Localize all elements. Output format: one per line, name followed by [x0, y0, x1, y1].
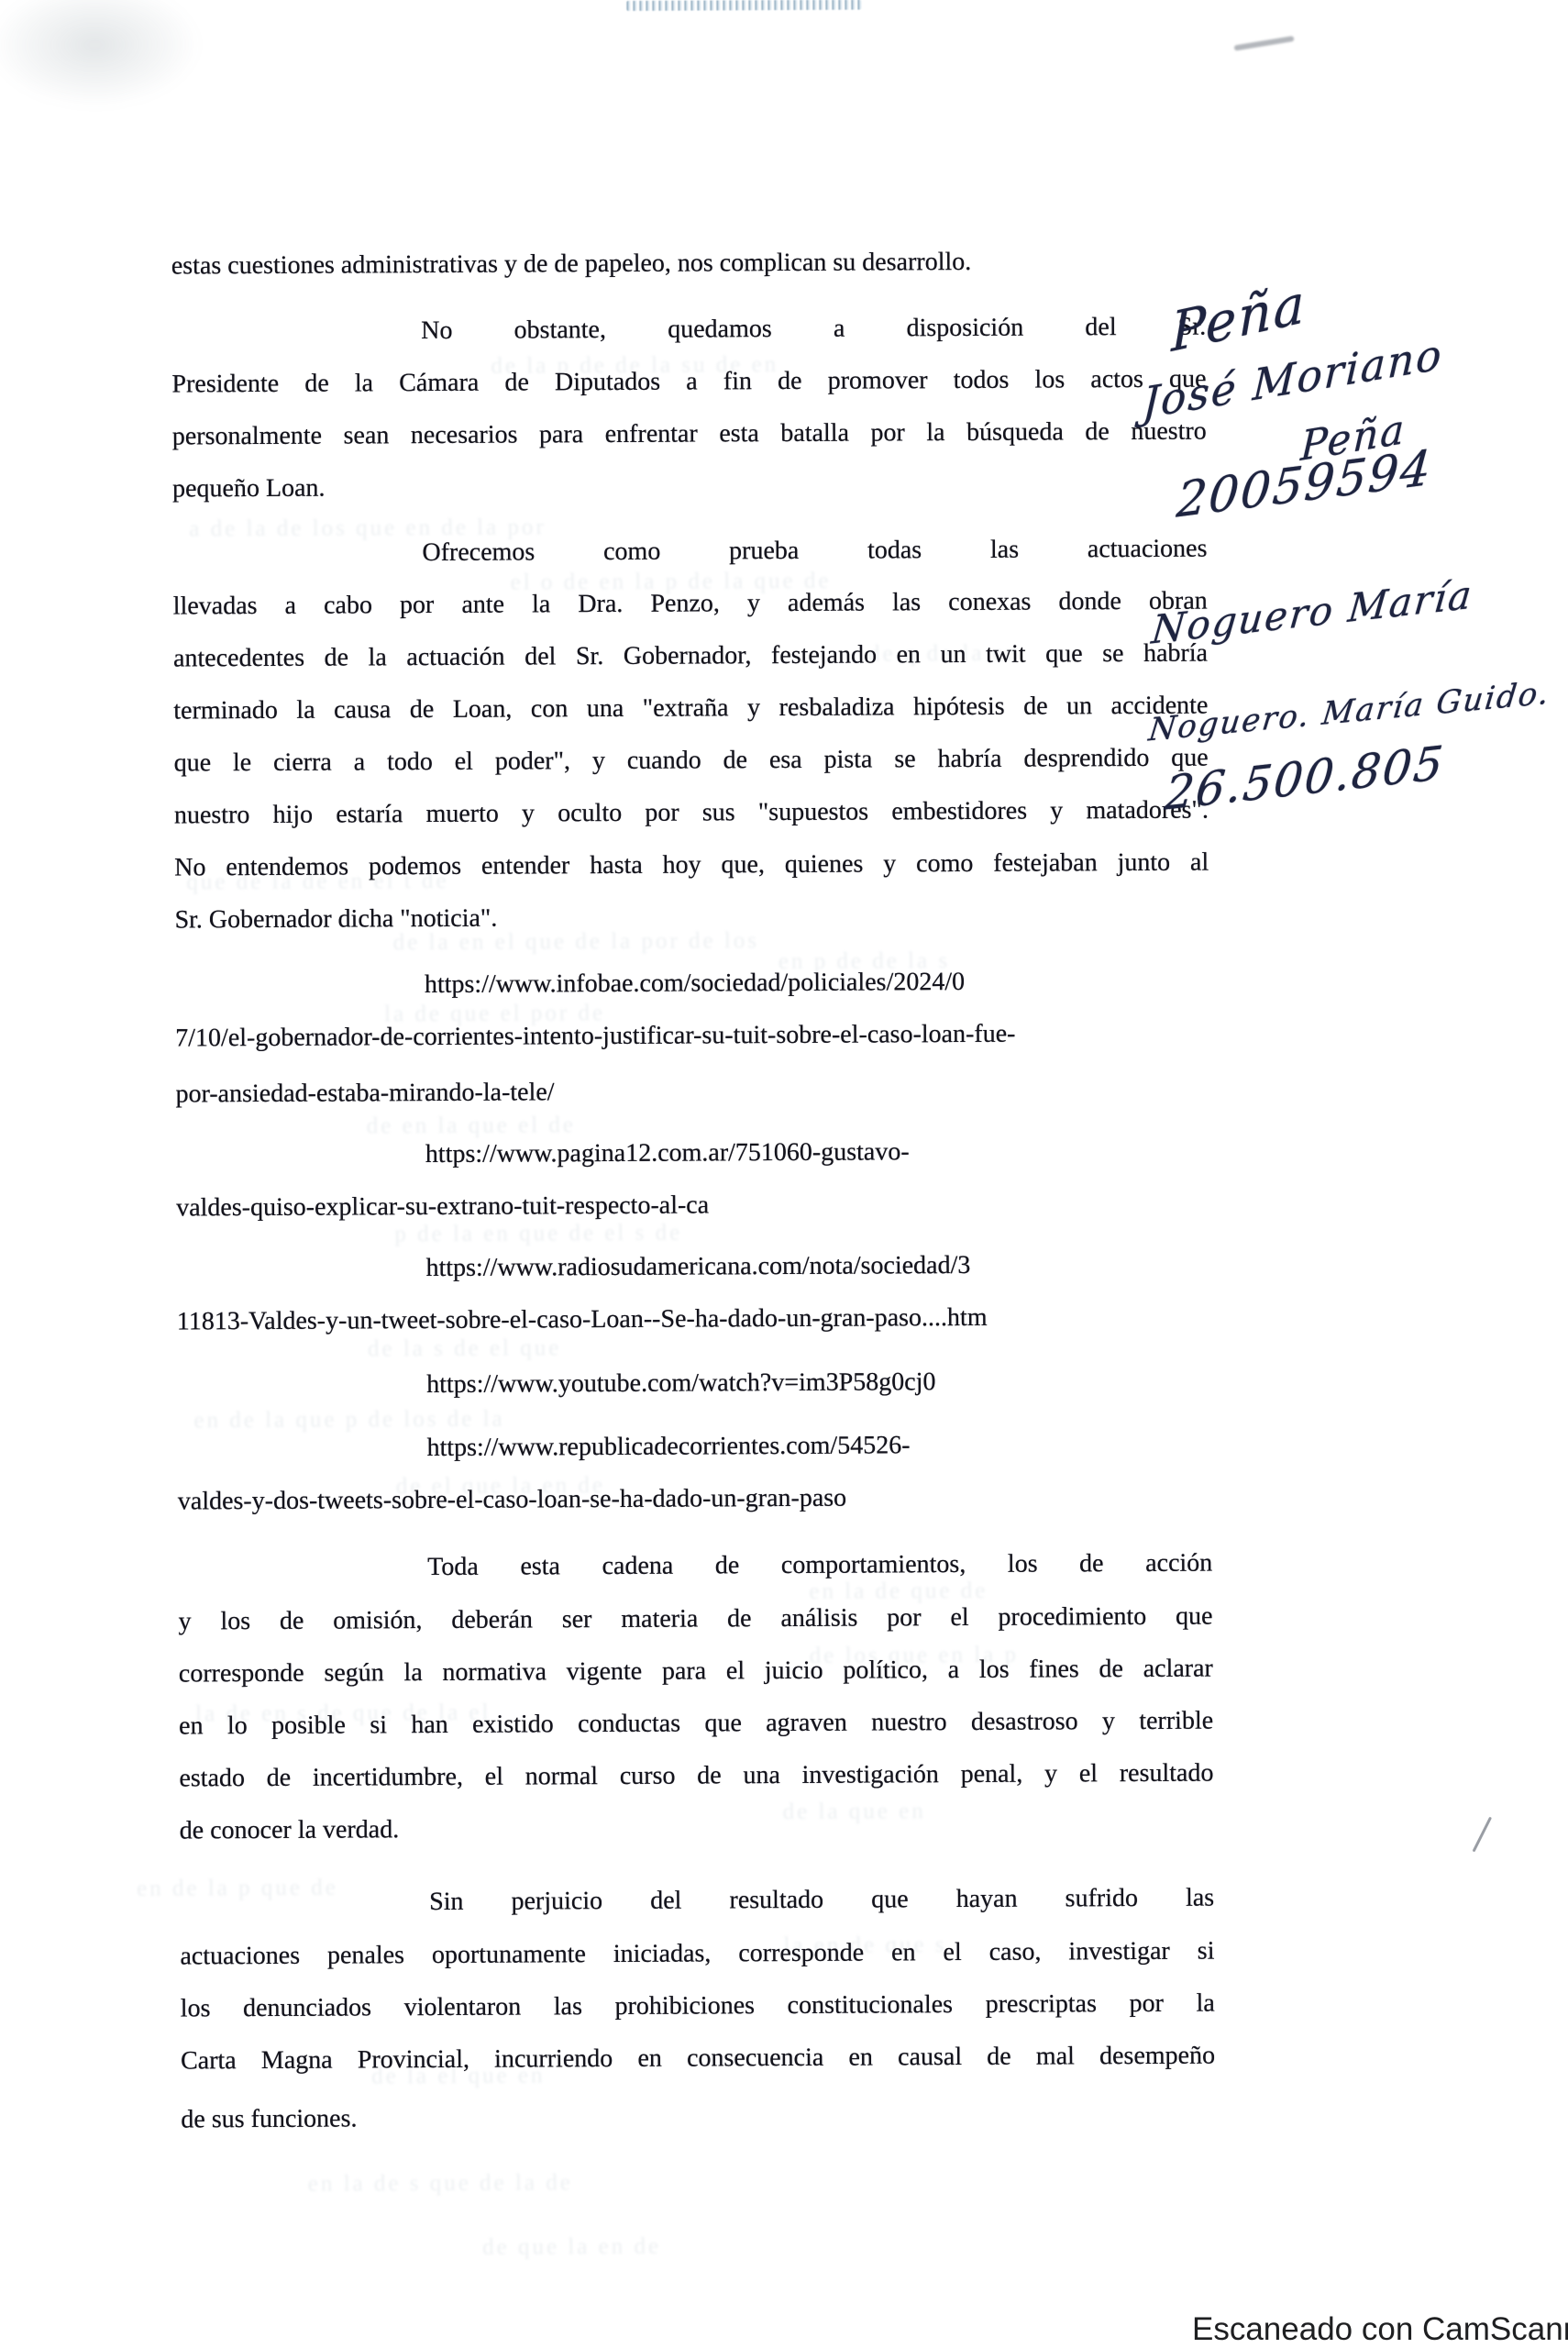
document-line: actuaciones penales oportunamente inicia… [180, 1937, 1214, 1972]
document-line: y los de omisión, deberán ser materia de… [178, 1602, 1212, 1637]
document-line: 11813-Valdes-y-un-tweet-sobre-el-caso-Lo… [177, 1303, 988, 1337]
document-line: pequeño Loan. [172, 474, 326, 504]
document-line: en lo posible si han existido conductas … [179, 1707, 1213, 1742]
bleed-through-text: p de la en que de el s de [394, 1221, 682, 1248]
scan-corner-shadow [0, 0, 242, 133]
bleed-through-text: de que la en de [482, 2234, 661, 2261]
document-line: de sus funciones. [181, 2104, 357, 2134]
bleed-through-text: en la de s que de la de [308, 2170, 573, 2198]
bleed-through-text: de la s de el que [368, 1335, 562, 1362]
document-line: https://www.infobae.com/sociedad/policia… [425, 968, 965, 1000]
document-line: llevadas a cabo por ante la Dra. Penzo, … [173, 587, 1208, 622]
document-line: https://www.pagina12.com.ar/751060-gusta… [425, 1137, 910, 1169]
bleed-through-text: de en la que el de [367, 1113, 576, 1139]
document-line: No obstante, quedamos a disposición del … [421, 313, 1206, 347]
document-line: Sr. Gobernador dicha "noticia". [174, 904, 497, 936]
document-line: https://www.radiosudamericana.com/nota/s… [425, 1251, 970, 1283]
document-line: terminado la causa de Loan, con una "ext… [173, 692, 1208, 726]
bleed-through-text: en de la p que de [137, 1876, 338, 1902]
camscanner-watermark: Escaneado con CamScanner [1192, 2311, 1568, 2348]
document-line: los denunciados violentaron las prohibic… [181, 1989, 1215, 2024]
document-line: Ofrecemos como prueba todas las actuacio… [422, 535, 1207, 569]
document-line: estas cuestiones administrativas y de de… [171, 248, 972, 282]
bleed-through-text: en la de que de [809, 1578, 988, 1605]
handwritten-name-noguero-maria: Noguero María [1150, 571, 1475, 652]
document-line: por-ansiedad-estaba-mirando-la-tele/ [175, 1078, 554, 1109]
scanned-page: de la p de de la su de ena de la de los … [0, 0, 1568, 2348]
document-line: Presidente de la Cámara de Diputados a f… [171, 365, 1206, 400]
document-line: No entendemos podemos entender hasta hoy… [174, 848, 1209, 883]
document-line: corresponde según la normativa vigente p… [179, 1655, 1213, 1689]
document-line: Toda esta cadena de comportamientos, los… [427, 1549, 1212, 1583]
document-line: Carta Magna Provincial, incurriendo en c… [181, 2042, 1215, 2077]
document-line: de conocer la verdad. [180, 1815, 400, 1845]
document-line: https://www.republicadecorrientes.com/54… [426, 1431, 910, 1463]
document-line: antecedentes de la actuación del Sr. Gob… [173, 639, 1208, 674]
bleed-through-text: de la que en [783, 1799, 926, 1825]
page-content: de la p de de la su de ena de la de los … [0, 0, 1568, 2348]
scan-mark-top-right [1234, 36, 1295, 51]
handwritten-name-noguero-maria-guido: Noguero. María Guido. [1147, 674, 1552, 748]
document-line: nuestro hijo estaría muerto y oculto por… [174, 796, 1209, 831]
scan-smudge-top [626, 0, 861, 11]
document-line: estado de incertidumbre, el normal curso… [179, 1759, 1213, 1794]
document-line: 7/10/el-gobernador-de-corrientes-intento… [175, 1020, 1015, 1054]
pen-stroke-mark [1473, 1817, 1493, 1853]
document-line: valdes-y-dos-tweets-sobre-el-caso-loan-s… [178, 1484, 846, 1517]
document-line: Sin perjuicio del resultado que hayan su… [429, 1884, 1214, 1918]
bleed-through-text: en de la que p de los de la [193, 1407, 504, 1434]
document-line: https://www.youtube.com/watch?v=im3P58g0… [426, 1368, 935, 1400]
document-line: personalmente sean necesarios para enfre… [172, 417, 1207, 452]
handwritten-signature-pena: Peña [1171, 271, 1307, 365]
document-line: valdes-quiso-explicar-su-extrano-tuit-re… [176, 1191, 709, 1223]
document-line: que le cierra a todo el poder", y cuando… [174, 744, 1209, 779]
